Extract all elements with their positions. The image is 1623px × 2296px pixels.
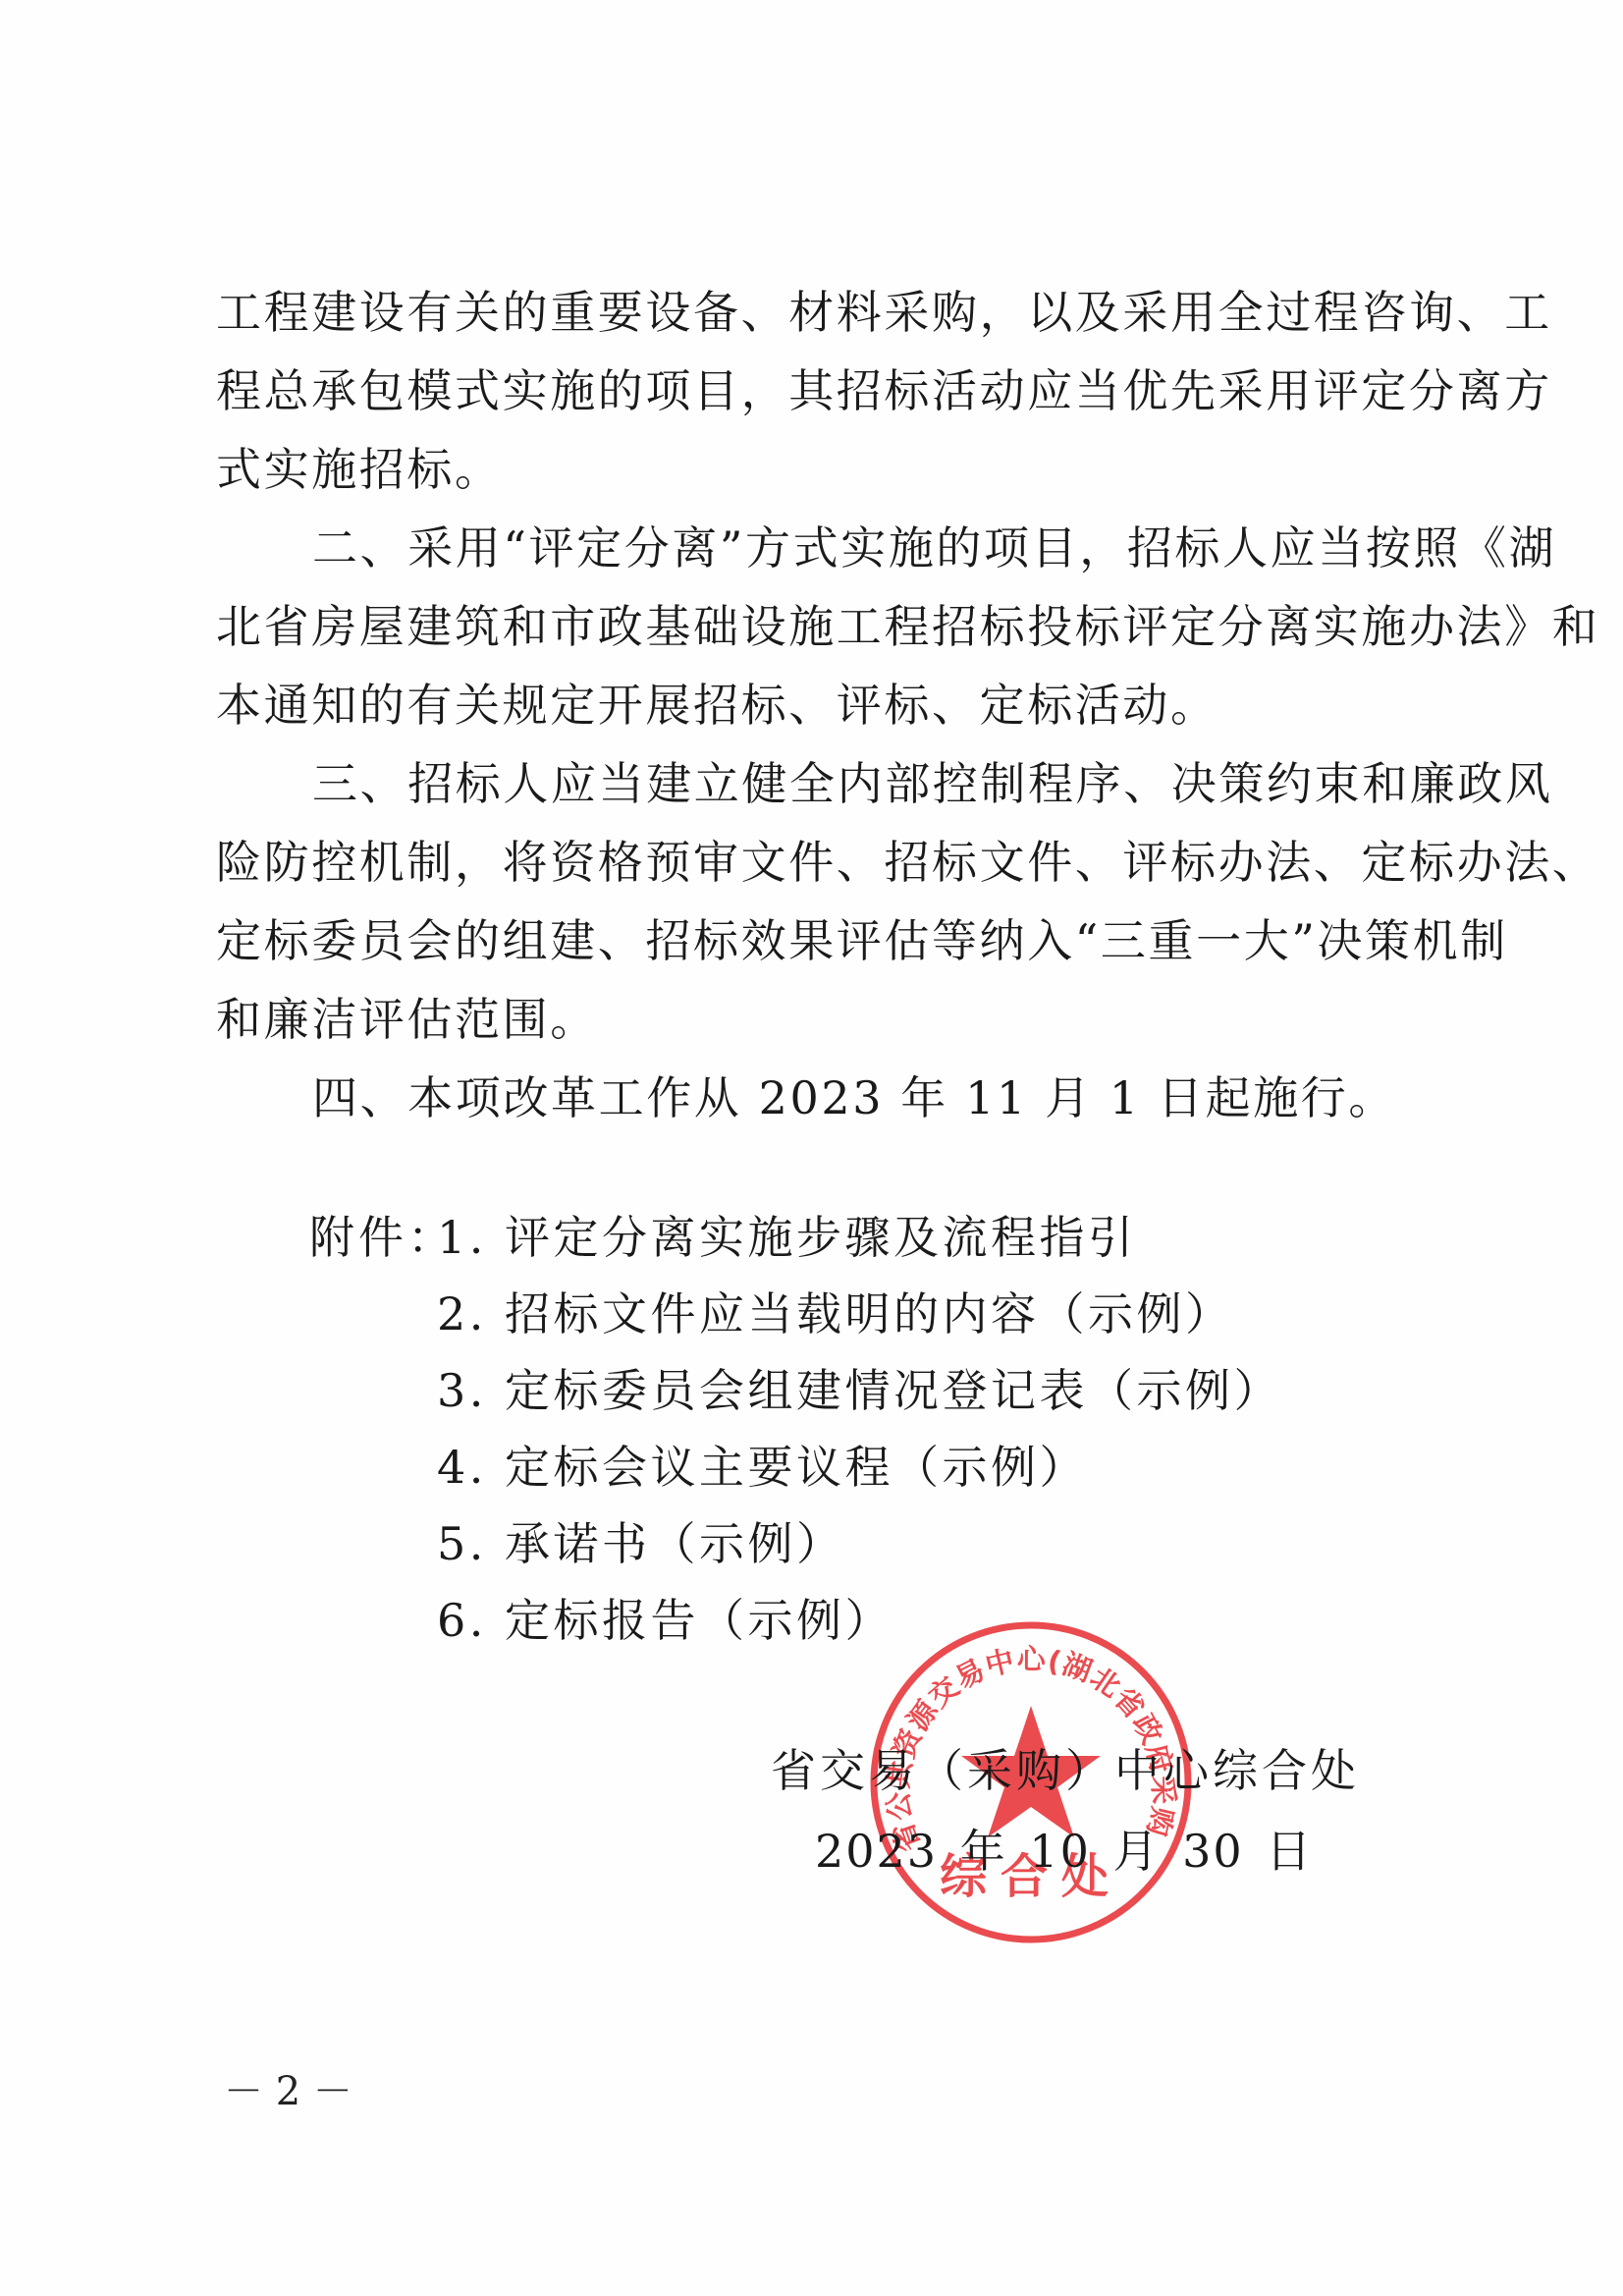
section-3-line: 三、招标人应当建立健全内部控制程序、决策约束和廉政风 [312,744,1422,823]
paragraph-line: 程总承包模式实施的项目，其招标活动应当优先采用评定分离方 [216,352,1424,430]
attachment-item: 4. 定标会议主要议程（示例） [437,1429,1088,1505]
signature-organization: 省交易（采购）中心综合处 [771,1731,1360,1810]
page-number: － 2 － [224,2062,352,2121]
document-page: 工程建设有关的重要设备、材料采购，以及采用全过程咨询、工 程总承包模式实施的项目… [0,0,1623,2296]
section-3-line: 险防控机制，将资格预审文件、招标文件、评标办法、定标办法、 [216,823,1424,902]
attachment-item: 5. 承诺书（示例） [437,1505,845,1582]
attachment-item: 6. 定标报告（示例） [437,1582,893,1659]
section-2-line: 二、采用“评定分离”方式实施的项目，招标人应当按照《湖 [312,509,1422,587]
paragraph-line: 式实施招标。 [216,430,1424,509]
attachment-item: 1. 评定分离实施步骤及流程指引 [437,1199,1137,1276]
section-4-line: 四、本项改革工作从 2023 年 11 月 1 日起施行。 [312,1059,1422,1137]
section-3-line: 定标委员会的组建、招标效果评估等纳入“三重一大”决策机制 [216,902,1424,980]
section-2-line: 本通知的有关规定开展招标、评标、定标活动。 [216,666,1424,744]
section-3-line: 和廉洁评估范围。 [216,980,1424,1059]
signature-date: 2023 年 10 月 30 日 [815,1812,1313,1890]
attachment-item: 2. 招标文件应当载明的内容（示例） [437,1276,1234,1352]
attachment-item: 3. 定标委员会组建情况登记表（示例） [437,1352,1282,1429]
attachments-label: 附件： [309,1199,457,1276]
paragraph-line: 工程建设有关的重要设备、材料采购，以及采用全过程咨询、工 [216,273,1424,352]
section-2-line: 北省房屋建筑和市政基础设施工程招标投标评定分离实施办法》和 [216,587,1424,666]
